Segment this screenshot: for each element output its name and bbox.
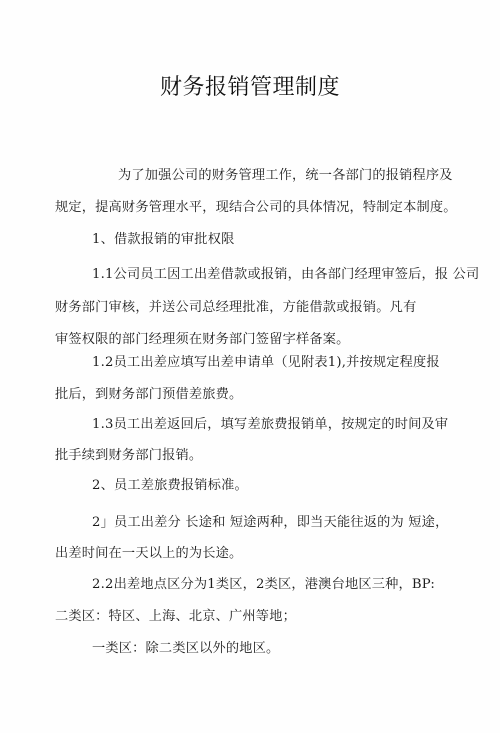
paragraph-line: 1.2员工出差应填写出差申请单（见附表1),并按规定程度报 <box>92 354 440 372</box>
section-heading: 2、员工差旅费报销标准。 <box>92 477 248 495</box>
section-heading: 1、借款报销的审批权限 <box>92 231 234 249</box>
paragraph-line: 规定，提高财务管理水平，现结合公司的具体情况，特制定本制度。 <box>55 199 457 217</box>
paragraph-line: 批手续到财务部门报销。 <box>55 447 202 465</box>
paragraph-line: 1.3员工出差返回后，填写差旅费报销单，按规定的时间及审 <box>92 416 448 434</box>
paragraph-line: 1.1公司员工因工出差借款或报销，由各部门经理审签后，报 公司 <box>92 266 479 284</box>
paragraph-line: 一类区：除二类区以外的地区。 <box>92 640 279 658</box>
document-title: 财务报销管理制度 <box>0 70 500 101</box>
paragraph-line: 二类区：特区、上海、北京、广州等地； <box>55 608 296 626</box>
paragraph-line: 财务部门审核，并送公司总经理批准，方能借款或报销。凡有 <box>55 299 416 317</box>
paragraph-line: 为了加强公司的财务管理工作，统一各部门的报销程序及 <box>118 167 453 185</box>
paragraph-line: 批后，到财务部门预借差旅费。 <box>55 386 242 404</box>
paragraph-line: 审签权限的部门经理须在财务部门签留字样备案。 <box>55 331 350 349</box>
paragraph-line: 出差时间在一天以上的为长途。 <box>55 545 242 563</box>
paragraph-line: 2」员工出差分 长途和 短途两种，即当天能往返的为 短途， <box>92 514 448 532</box>
document-page: 财务报销管理制度 为了加强公司的财务管理工作，统一各部门的报销程序及 规定，提高… <box>0 0 500 733</box>
paragraph-line: 2.2出差地点区分为1类区，2类区，港澳台地区三种，BP: <box>92 576 435 594</box>
